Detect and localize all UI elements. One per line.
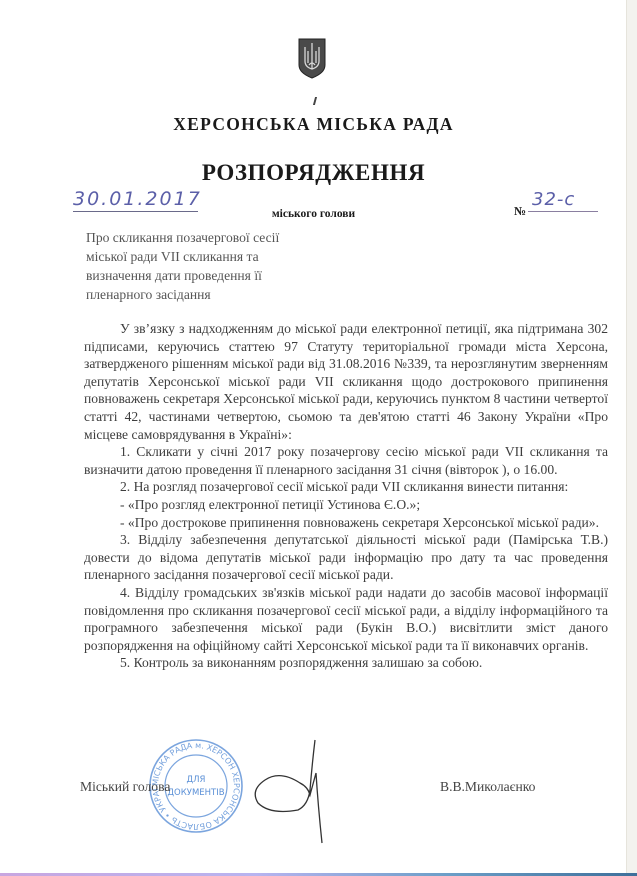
order-item-1: 1. Скликати у січні 2017 року позачергов… <box>84 443 608 478</box>
order-item-5: 5. Контроль за виконанням розпорядження … <box>84 654 608 672</box>
document-body: У зв’язку з надходженням до міської ради… <box>84 320 608 672</box>
document-date: 30.01.2017 <box>73 188 198 212</box>
order-item-2: 2. На розгляд позачергової сесії міської… <box>84 478 608 496</box>
mark <box>313 97 317 105</box>
stamp-center-bottom: ДОКУМЕНТІВ <box>167 788 224 798</box>
scan-edge <box>626 0 637 876</box>
document-type-title: РОЗПОРЯДЖЕННЯ <box>0 160 627 186</box>
signatory-position: Міський голова <box>80 779 170 795</box>
agenda-item-2: - «Про дострокове припинення повноважень… <box>84 514 608 532</box>
trident-coat-of-arms-icon <box>297 37 327 79</box>
order-item-3: 3. Відділу забезпечення депутатської дія… <box>84 531 608 584</box>
subject-line: пленарного засідання <box>86 285 316 304</box>
document-number: 32-с <box>528 189 598 212</box>
subject-line: визначення дати проведення її <box>86 266 316 285</box>
subject-line: Про скликання позачергової сесії <box>86 228 316 247</box>
stamp-center-top: ДЛЯ <box>187 775 206 785</box>
order-item-4: 4. Відділу громадських зв'язків міської … <box>84 584 608 654</box>
preamble-paragraph: У зв’язку з надходженням до міської ради… <box>84 320 608 443</box>
signature-icon <box>250 735 330 845</box>
organization-title: ХЕРСОНСЬКА МІСЬКА РАДА <box>0 114 627 135</box>
document-subject: Про скликання позачергової сесії міської… <box>86 228 316 304</box>
subject-line: міської ради VII скликання та <box>86 247 316 266</box>
signatory-name: В.В.Миколаєнко <box>440 779 535 795</box>
agenda-item-1: - «Про розгляд електронної петиції Устин… <box>84 496 608 514</box>
number-label: № <box>514 204 526 219</box>
